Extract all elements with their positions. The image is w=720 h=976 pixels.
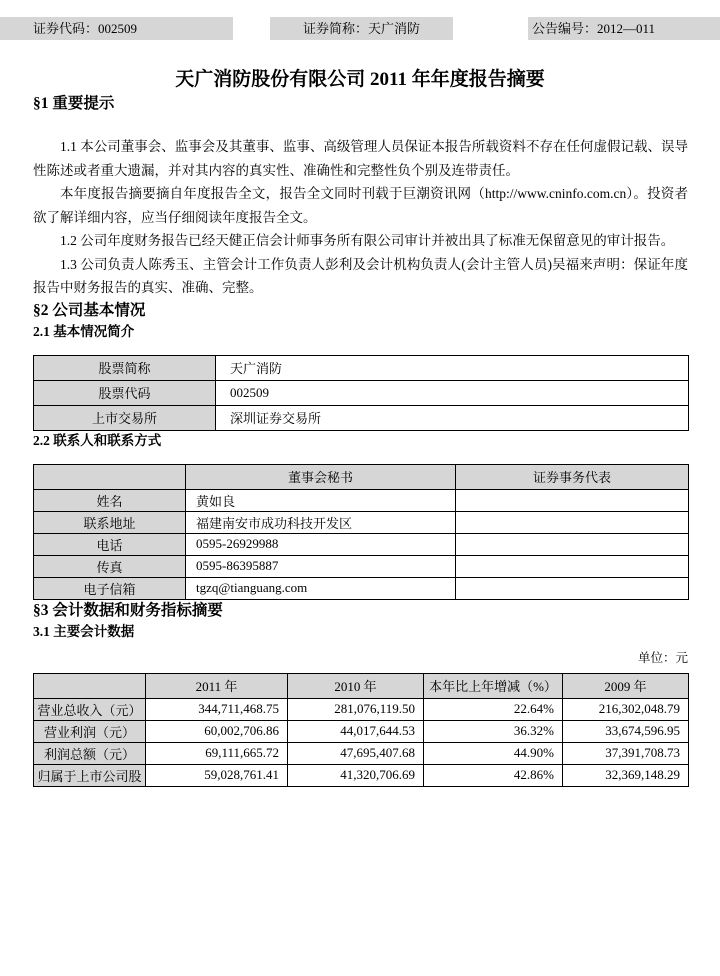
table-row: 营业利润（元） 60,002,706.86 44,017,644.53 36.3… bbox=[34, 720, 689, 742]
paragraph-1-1: 1.1 本公司董事会、监事会及其董事、监事、高级管理人员保证本报告所载资料不存在… bbox=[33, 135, 688, 182]
change-cell: 42.86% bbox=[424, 764, 563, 786]
table-row: 联系地址 福建南安市成功科技开发区 bbox=[34, 511, 689, 533]
representative-cell bbox=[456, 489, 689, 511]
change-cell: 36.32% bbox=[424, 720, 563, 742]
row-label-cell: 股票代码 bbox=[34, 380, 216, 405]
announcement-header: 证券代码：002509 证券简称：天广消防 公告编号：2012—011 bbox=[0, 17, 720, 40]
column-header-2011: 2011 年 bbox=[146, 673, 288, 698]
row-label-cell: 姓名 bbox=[34, 489, 186, 511]
basic-info-table: 股票简称 天广消防 股票代码 002509 上市交易所 深圳证券交易所 bbox=[33, 355, 689, 431]
representative-cell bbox=[456, 511, 689, 533]
value-2009-cell: 32,369,148.29 bbox=[563, 764, 689, 786]
table-row: 传真 0595-86395887 bbox=[34, 555, 689, 577]
section1-heading: §1 重要提示 bbox=[33, 93, 688, 115]
contact-table: 董事会秘书 证券事务代表 姓名 黄如良 联系地址 福建南安市成功科技开发区 电话… bbox=[33, 464, 689, 600]
section2-2-heading: 2.2 联系人和联系方式 bbox=[33, 431, 688, 450]
table-row: 利润总额（元） 69,111,665.72 47,695,407.68 44.9… bbox=[34, 742, 689, 764]
value-2011-cell: 344,711,468.75 bbox=[146, 698, 288, 720]
row-label-cell: 电子信箱 bbox=[34, 577, 186, 599]
row-label-cell: 利润总额（元） bbox=[34, 742, 146, 764]
value-2009-cell: 216,302,048.79 bbox=[563, 698, 689, 720]
stock-name-badge: 证券简称：天广消防 bbox=[270, 17, 453, 40]
document-page: 证券代码：002509 证券简称：天广消防 公告编号：2012—011 天广消防… bbox=[0, 0, 720, 976]
unit-note: 单位：元 bbox=[33, 650, 688, 667]
table-row: 营业总收入（元） 344,711,468.75 281,076,119.50 2… bbox=[34, 698, 689, 720]
row-value-cell: 深圳证券交易所 bbox=[216, 405, 689, 430]
table-row: 上市交易所 深圳证券交易所 bbox=[34, 405, 689, 430]
accounting-data-table: 2011 年 2010 年 本年比上年增减（%） 2009 年 营业总收入（元）… bbox=[33, 673, 689, 787]
paragraph-1-3: 1.3 公司负责人陈秀玉、主管会计工作负责人彭利及会计机构负责人(会计主管人员)… bbox=[33, 253, 688, 300]
blank-corner-cell bbox=[34, 464, 186, 489]
change-cell: 44.90% bbox=[424, 742, 563, 764]
stock-code-text: 证券代码：002509 bbox=[33, 21, 137, 36]
secretary-cell: 0595-86395887 bbox=[186, 555, 456, 577]
table-row: 电子信箱 tgzq@tianguang.com bbox=[34, 577, 689, 599]
row-label-cell: 电话 bbox=[34, 533, 186, 555]
table-row: 电话 0595-26929988 bbox=[34, 533, 689, 555]
column-header-2010: 2010 年 bbox=[288, 673, 424, 698]
table-header-row: 董事会秘书 证券事务代表 bbox=[34, 464, 689, 489]
row-label-cell: 上市交易所 bbox=[34, 405, 216, 430]
value-2010-cell: 44,017,644.53 bbox=[288, 720, 424, 742]
document-body: §1 重要提示 1.1 本公司董事会、监事会及其董事、监事、高级管理人员保证本报… bbox=[33, 93, 688, 787]
row-label-cell: 联系地址 bbox=[34, 511, 186, 533]
value-2009-cell: 33,674,596.95 bbox=[563, 720, 689, 742]
paragraph-1-2: 1.2 公司年度财务报告已经天健正信会计师事务所有限公司审计并被出具了标准无保留… bbox=[33, 229, 688, 253]
change-cell: 22.64% bbox=[424, 698, 563, 720]
secretary-cell: tgzq@tianguang.com bbox=[186, 577, 456, 599]
value-2009-cell: 37,391,708.73 bbox=[563, 742, 689, 764]
table-row: 姓名 黄如良 bbox=[34, 489, 689, 511]
value-2010-cell: 47,695,407.68 bbox=[288, 742, 424, 764]
value-2010-cell: 281,076,119.50 bbox=[288, 698, 424, 720]
row-value-cell: 002509 bbox=[216, 380, 689, 405]
announcement-number-badge: 公告编号：2012—011 bbox=[528, 17, 720, 40]
value-2011-cell: 59,028,761.41 bbox=[146, 764, 288, 786]
value-2011-cell: 69,111,665.72 bbox=[146, 742, 288, 764]
value-2010-cell: 41,320,706.69 bbox=[288, 764, 424, 786]
stock-name-text: 证券简称：天广消防 bbox=[303, 21, 420, 36]
column-header-representative: 证券事务代表 bbox=[456, 464, 689, 489]
row-label-cell: 营业利润（元） bbox=[34, 720, 146, 742]
representative-cell bbox=[456, 555, 689, 577]
table-header-row: 2011 年 2010 年 本年比上年增减（%） 2009 年 bbox=[34, 673, 689, 698]
value-2011-cell: 60,002,706.86 bbox=[146, 720, 288, 742]
secretary-cell: 0595-26929988 bbox=[186, 533, 456, 555]
column-header-change: 本年比上年增减（%） bbox=[424, 673, 563, 698]
section3-1-heading: 3.1 主要会计数据 bbox=[33, 622, 688, 641]
page-title: 天广消防股份有限公司 2011 年年度报告摘要 bbox=[0, 66, 720, 93]
row-value-cell: 天广消防 bbox=[216, 355, 689, 380]
stock-code-badge: 证券代码：002509 bbox=[0, 17, 233, 40]
row-label-cell: 传真 bbox=[34, 555, 186, 577]
blank-corner-cell bbox=[34, 673, 146, 698]
announcement-number-text: 公告编号：2012—011 bbox=[532, 21, 655, 36]
representative-cell bbox=[456, 533, 689, 555]
representative-cell bbox=[456, 577, 689, 599]
section3-heading: §3 会计数据和财务指标摘要 bbox=[33, 600, 688, 622]
table-row: 股票简称 天广消防 bbox=[34, 355, 689, 380]
column-header-secretary: 董事会秘书 bbox=[186, 464, 456, 489]
column-header-2009: 2009 年 bbox=[563, 673, 689, 698]
row-label-cell: 营业总收入（元） bbox=[34, 698, 146, 720]
paragraph-summary-note: 本年度报告摘要摘自年度报告全文，报告全文同时刊载于巨潮资讯网（http://ww… bbox=[33, 182, 688, 229]
row-label-cell: 股票简称 bbox=[34, 355, 216, 380]
table-row: 归属于上市公司股 59,028,761.41 41,320,706.69 42.… bbox=[34, 764, 689, 786]
row-label-cell: 归属于上市公司股 bbox=[34, 764, 146, 786]
section2-heading: §2 公司基本情况 bbox=[33, 300, 688, 322]
section2-1-heading: 2.1 基本情况简介 bbox=[33, 322, 688, 341]
secretary-cell: 福建南安市成功科技开发区 bbox=[186, 511, 456, 533]
table-row: 股票代码 002509 bbox=[34, 380, 689, 405]
secretary-cell: 黄如良 bbox=[186, 489, 456, 511]
